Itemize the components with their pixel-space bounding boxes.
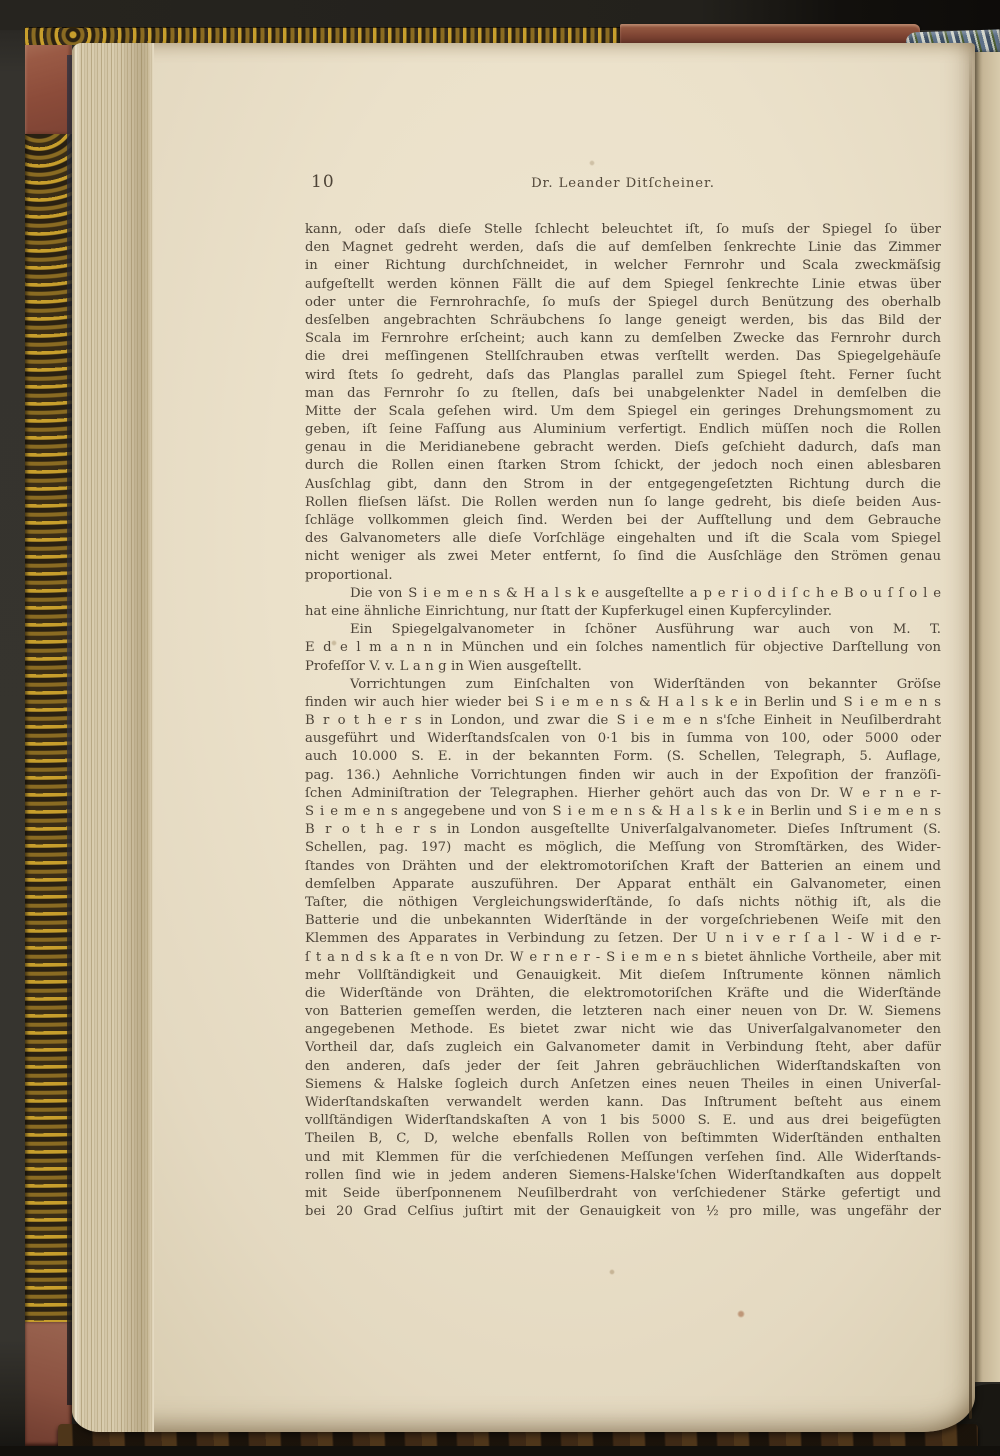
- text-line: B r o t h e r s in London, und zwar die …: [305, 712, 941, 730]
- text-line: finden wir auch hier wieder bei S i e m …: [305, 694, 941, 712]
- book-cover-left-marbled: [25, 28, 72, 1449]
- text-line: kann, oder daſs dieſe Stelle ſchlecht be…: [305, 221, 941, 239]
- adjacent-page-edge: [975, 52, 1000, 1382]
- text-line: Siemens & Halske ſogleich durch Anſetzen…: [305, 1076, 941, 1094]
- text-line: in einer Richtung durchſchneidet, in wel…: [305, 257, 941, 275]
- text-line: von Batterien gemeſſen werden, die letzt…: [305, 1003, 941, 1021]
- text-line: Vorrichtungen zum Einſchalten von Widerſ…: [305, 676, 941, 694]
- text-line: den Magnet gedreht werden, daſs die auf …: [305, 239, 941, 257]
- body-text: kann, oder daſs dieſe Stelle ſchlecht be…: [305, 221, 941, 1221]
- gutter-fold-line: [969, 49, 972, 1419]
- text-line: Theilen B, C, D, welche ebenfalls Rollen…: [305, 1130, 941, 1148]
- text-line: Vortheil dar, daſs zugleich ein Galvanom…: [305, 1039, 941, 1057]
- text-line: Klemmen des Apparates in Verbindung zu ſ…: [305, 930, 941, 948]
- text-line: S i e m e n s angegebene und von S i e m…: [305, 803, 941, 821]
- text-line: Widerſtandskaſten verwandelt werden kann…: [305, 1094, 941, 1112]
- page-text-block: 10 Dr. Leander Ditſcheiner. kann, oder d…: [305, 172, 941, 1221]
- text-line: aufgeſtellt werden können Fällt die auf …: [305, 276, 941, 294]
- background-shadow-bottom: [0, 1446, 1000, 1456]
- text-line: hat eine ähnliche Einrichtung, nur ſtatt…: [305, 603, 941, 621]
- text-line: die Widerſtände von Drähten, die elektro…: [305, 985, 941, 1003]
- text-line: B r o t h e r s in London ausgeſtellte U…: [305, 821, 941, 839]
- text-line: ſchen Adminiſtration der Telegraphen. Hi…: [305, 785, 941, 803]
- text-line: auch 10.000 S. E. in der bekannten Form.…: [305, 748, 941, 766]
- text-line: mehr Vollſtändigkeit und Genauigkeit. Mi…: [305, 967, 941, 985]
- text-line: Die von S i e m e n s & H a l s k e ausg…: [305, 585, 941, 603]
- text-line: Profeſſor V. v. L a n g in Wien ausgeſte…: [305, 658, 941, 676]
- running-header: Dr. Leander Ditſcheiner.: [305, 172, 941, 191]
- text-line: proportional.: [305, 567, 941, 585]
- text-line: demſelben Apparate auszuführen. Der Appa…: [305, 876, 941, 894]
- text-line: Rollen flieſsen läſst. Die Rollen werden…: [305, 494, 941, 512]
- text-line: ausgeführt und Widerſtandsſcalen von 0·1…: [305, 730, 941, 748]
- text-line: den anderen, daſs jeder der ſeit Jahren …: [305, 1058, 941, 1076]
- text-line: Batterie und die unbekannten Widerſtände…: [305, 912, 941, 930]
- text-line: bei 20 Grad Celſius juſtirt mit der Gena…: [305, 1203, 941, 1221]
- text-line: Mitte der Scala geſehen wird. Um dem Spi…: [305, 403, 941, 421]
- text-line: des Galvanometers alle dieſe Vorſchläge …: [305, 530, 941, 548]
- text-line: durch die Rollen einen ſtarken Strom ſch…: [305, 457, 941, 475]
- text-line: Ausſchlag gibt, dann den Strom in der en…: [305, 476, 941, 494]
- text-line: ſ t a n d s k a ſt e n von Dr. W e r n e…: [305, 949, 941, 967]
- text-line: man das Fernrohr ſo zu ſtellen, daſs bei…: [305, 385, 941, 403]
- text-line: wird ſtets ſo gedreht, daſs das Planglas…: [305, 367, 941, 385]
- text-line: Scala im Fernrohre erſcheint; auch kann …: [305, 330, 941, 348]
- spine-leather-edge: [620, 24, 920, 45]
- text-line: Schellen, pag. 197) macht es möglich, di…: [305, 839, 941, 857]
- text-line: und mit Klemmen für die verſchiedenen Me…: [305, 1149, 941, 1167]
- text-line: mit Seide überſponnenem Neuſilberdraht v…: [305, 1185, 941, 1203]
- text-line: nicht weniger als zwei Meter entfernt, ſ…: [305, 548, 941, 566]
- text-line: ſtandes von Drähten und der elektromotor…: [305, 858, 941, 876]
- text-line: E d e l m a n n in München und ein ſolch…: [305, 639, 941, 657]
- text-line: angegebenen Methode. Es bietet zwar nich…: [305, 1021, 941, 1039]
- text-line: pag. 136.) Aehnliche Vorrichtungen finde…: [305, 767, 941, 785]
- text-line: Ein Spiegelgalvanometer in ſchöner Ausfü…: [305, 621, 941, 639]
- page-header: 10 Dr. Leander Ditſcheiner.: [305, 172, 941, 194]
- text-line: oder unter die Fernrohrachſe, ſo muſs de…: [305, 294, 941, 312]
- text-line: die drei meſſingenen Stellſchrauben etwa…: [305, 348, 941, 366]
- text-line: geben, iſt ſeine Faſſung aus Aluminium v…: [305, 421, 941, 439]
- page-fore-edge-stack: [72, 43, 154, 1432]
- text-line: vollſtändigen Widerſtandskaſten A von 1 …: [305, 1112, 941, 1130]
- text-line: rollen ſind wie in jedem anderen Siemens…: [305, 1167, 941, 1185]
- text-line: genau in die Meridianebene gebracht werd…: [305, 439, 941, 457]
- text-line: ſchläge vollkommen gleich ſind. Werden b…: [305, 512, 941, 530]
- text-line: Taſter, die nöthigen Vergleichungswiderſ…: [305, 894, 941, 912]
- page-number: 10: [311, 172, 335, 192]
- text-line: desſelben angebrachten Schräubchens ſo l…: [305, 312, 941, 330]
